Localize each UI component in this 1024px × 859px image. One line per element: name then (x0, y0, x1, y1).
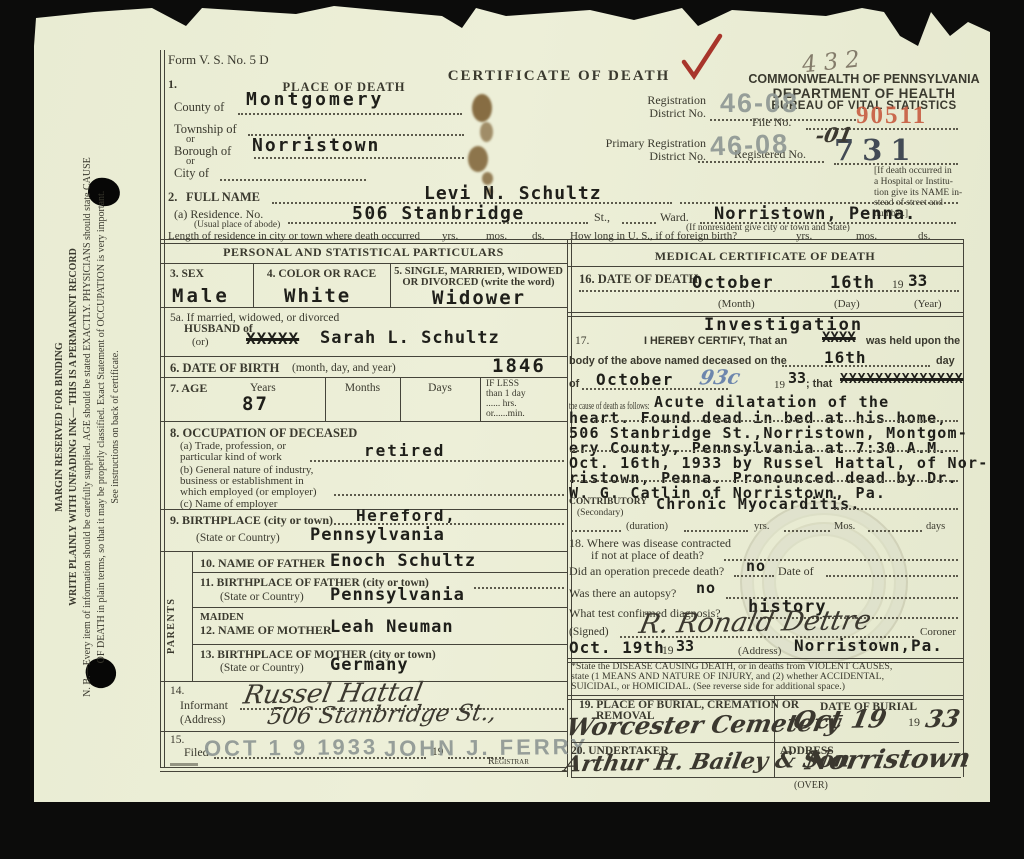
certify-struck2: XXXXXXXXXXXXXX (840, 373, 964, 388)
primary-district-label: District No. (574, 150, 706, 163)
certify-struck1: XXXX (822, 331, 856, 347)
signed-address-value: Norristown,Pa. (794, 637, 943, 655)
informant-label: Informant (180, 699, 228, 712)
leader (734, 575, 774, 577)
autopsy-label: Was there an autopsy? (569, 587, 676, 600)
age-days-label: Days (400, 382, 480, 395)
binding-margin-notes: MARGIN RESERVED FOR BINDING WRITE PLAINL… (53, 47, 165, 807)
signed-date-value: Oct. 19th (569, 639, 665, 657)
date-of-label: Date of (778, 565, 814, 578)
full-name-value: Levi N. Schultz (424, 184, 602, 204)
borough-value: Norristown (252, 136, 380, 156)
margin-note-line: See instructions on back of certificate. (109, 47, 123, 807)
date-of-birth-value: 1846 (492, 356, 546, 377)
father-name-value: Enoch Schultz (330, 552, 476, 571)
occupation-b-label3: which employed (or employer) (180, 486, 317, 498)
death-year-value: 33 (908, 272, 927, 290)
leader (310, 460, 564, 462)
red-checkmark-icon (678, 32, 726, 84)
rule (571, 742, 959, 743)
autopsy-value: no (696, 580, 716, 597)
parents-divider (192, 551, 193, 681)
certify-line3a: of (569, 378, 579, 390)
certificate-paper: MARGIN RESERVED FOR BINDING WRITE PLAINL… (34, 6, 990, 802)
mother-birthplace-value: Germany (330, 656, 409, 675)
occupation-value: retired (364, 442, 445, 460)
contributory-value: Chronic Myocarditis. (656, 496, 861, 513)
rule (192, 607, 567, 608)
rule (571, 777, 961, 778)
left-column-bottom-rule (160, 767, 567, 772)
certify-line1b: was held upon the (866, 335, 960, 347)
signed-year-value: 33 (676, 638, 694, 655)
primary-district-suffix-handwriting: -01 (814, 124, 855, 147)
city-label: City of (174, 166, 209, 180)
form-left-border (160, 50, 165, 768)
hospital-note-line: [If death occurred in (874, 166, 966, 177)
leader (826, 575, 958, 577)
footnote-line: SUICIDAL, or HOMICIDAL. (See reverse sid… (571, 682, 845, 693)
certify-line1a: I HEREBY CERTIFY, That an (644, 335, 787, 347)
over-label: (OVER) (794, 780, 828, 791)
rule (192, 644, 567, 645)
length-residence-label: Length of residence in city or town wher… (168, 230, 420, 242)
leader (579, 290, 959, 292)
ds-label: ds. (918, 230, 931, 242)
date-of-birth-sublabel: (month, day, and year) (292, 362, 396, 375)
color-race-label: 4. COLOR OR RACE (253, 268, 390, 281)
date-of-death-label: 16. DATE OF DEATH (579, 272, 698, 286)
rule (160, 377, 567, 378)
margin-note-line: N. B.—Every item of information should b… (81, 47, 95, 807)
county-value: Montgomery (246, 90, 384, 110)
certify-year-value: 33 (788, 370, 806, 387)
rule (160, 421, 567, 422)
form-number: Form V. S. No. 5 D (168, 53, 269, 68)
informant-address-label: (Address) (180, 714, 225, 727)
county-label: County of (174, 100, 224, 114)
registrar-label: Registrar (488, 756, 529, 767)
spouse-name-value: Sarah L. Schultz (320, 329, 500, 348)
secondary-label: (Secondary) (577, 508, 623, 519)
leader (622, 222, 656, 224)
borough-label: Borough of (174, 144, 231, 158)
item-14: 14. (170, 685, 184, 698)
file-number-stamp: 90511 (856, 102, 927, 130)
certify-month-value: October (596, 371, 674, 389)
leader (834, 163, 958, 165)
yrs-label: yrs. (796, 230, 812, 242)
leader (684, 530, 748, 532)
q18-label2: if not at place of death? (591, 549, 704, 562)
birthplace-state-value: Pennsylvania (310, 526, 445, 545)
leader (594, 420, 958, 422)
rule (160, 263, 567, 264)
hospital-note-line: tion give its NAME in- (874, 188, 966, 199)
residence-number-value: 506 Stanbridge (352, 204, 525, 224)
rule (567, 266, 963, 267)
leader (834, 508, 958, 510)
burial-date-handwriting: Oct 19 (791, 705, 889, 735)
certify-line2b: day (936, 355, 955, 367)
margin-note-line: WRITE PLAINLY WITH UNFADING INK— THIS IS… (67, 47, 81, 807)
informant-address-handwriting: 506 Stanbridge St., (265, 701, 499, 731)
sex-value: Male (172, 286, 230, 307)
leader (868, 530, 922, 532)
item-2: 2. (168, 190, 177, 204)
husband-label2: HUSBAND of (184, 323, 253, 336)
mos-label: mos. (856, 230, 877, 242)
birthplace-label: 9. BIRTHPLACE (city or town) (170, 514, 333, 527)
husband-struck-text: XXXXX (246, 330, 299, 348)
leader (710, 119, 856, 121)
signed-address-label: (Address) (738, 645, 781, 657)
operation-label: Did an operation precede death? (569, 565, 724, 578)
item-17: 17. (575, 335, 589, 348)
duration-yrs-label: yrs. (754, 521, 769, 533)
contributory-label: CONTRIBUTORY (569, 497, 647, 508)
item-15: 15. (170, 734, 184, 747)
leader (570, 450, 958, 452)
leader (784, 530, 830, 532)
how-long-us-label: How long in U. S., if of foreign birth? (570, 230, 737, 242)
leader (238, 113, 462, 115)
leader (698, 161, 824, 163)
filed-date-stamp: OCT 1 9 1933 (204, 735, 378, 761)
personal-title: PERSONAL AND STATISTICAL PARTICULARS (160, 246, 567, 259)
husband-or-label: (or) (192, 336, 209, 348)
date-of-birth-label: 6. DATE OF BIRTH (170, 361, 279, 375)
certify-line2a: body of the above named deceased on the (569, 355, 787, 367)
form-right-border (963, 239, 964, 777)
age-years-value: 87 (242, 394, 269, 415)
parents-group-label: PARENTS (166, 598, 177, 654)
mos-label: mos. (486, 230, 507, 242)
mother-name-value: Leah Neuman (330, 618, 454, 637)
mother-birthplace-state-label: (State or Country) (220, 662, 304, 675)
occupation-label: 8. OCCUPATION OF DECEASED (170, 426, 357, 440)
color-race-value: White (284, 286, 351, 307)
leader (220, 179, 366, 181)
ds-label: ds. (532, 230, 545, 242)
occupation-a-label2: particular kind of work (180, 451, 282, 463)
commonwealth-line: COMMONWEALTH OF PENNSYLVANIA (734, 72, 994, 86)
full-name-label: FULL NAME (186, 190, 260, 204)
leader (474, 587, 564, 589)
age-label: 7. AGE (170, 382, 207, 395)
rule (192, 572, 567, 573)
day-sublabel: (Day) (834, 298, 860, 310)
medical-title: MEDICAL CERTIFICATE OF DEATH (567, 250, 963, 263)
father-name-label: 10. NAME OF FATHER (200, 557, 325, 570)
margin-note-line: MARGIN RESERVED FOR BINDING (53, 47, 67, 807)
maiden-label: MAIDEN (200, 612, 244, 624)
age-months-label: Months (325, 382, 400, 395)
duration-mos-label: Mos. (834, 521, 855, 533)
operation-value: no (746, 558, 766, 575)
father-birthplace-value: Pennsylvania (330, 586, 465, 605)
signed-label: (Signed) (569, 626, 609, 639)
duration-label: (duration) (626, 521, 668, 533)
signed-year-prefix: 19 (662, 645, 674, 658)
printer-code-mark (170, 763, 198, 766)
leader (254, 157, 464, 159)
item-1: 1. (168, 78, 177, 91)
registrar-name-stamp: JOHN J. FERRY (384, 735, 589, 762)
certify-year-prefix: 19 (774, 379, 785, 391)
sex-label: 3. SEX (170, 268, 204, 281)
mother-name-label: 12. NAME OF MOTHER (200, 624, 332, 637)
ward-label: Ward. (660, 211, 689, 224)
leader (570, 480, 958, 482)
scanned-death-certificate: MARGIN RESERVED FOR BINDING WRITE PLAINL… (0, 0, 1024, 859)
rule (160, 731, 567, 732)
if-less-label4: or......min. (486, 409, 525, 420)
hospital-note-line: a Hospital or Institu- (874, 177, 966, 188)
burial-year-prefix: 19 (908, 716, 920, 729)
township-label: Township of (174, 122, 237, 136)
primary-district-no-stamp: 46-08 (709, 129, 789, 162)
pencil-93c-annotation: 93c (698, 366, 743, 389)
margin-note-line: OF DEATH in plain terms, so that it may … (95, 47, 109, 807)
burial-year-handwriting: 33 (923, 706, 962, 733)
father-birthplace-state-label: (State or Country) (220, 591, 304, 604)
duration-days-label: days (926, 521, 945, 533)
yrs-label: yrs. (442, 230, 458, 242)
leader (571, 530, 621, 532)
district-no-stamp: 46-08 (720, 88, 799, 118)
street-label: St., (594, 211, 610, 224)
certify-day-value: 16th (824, 349, 867, 367)
month-sublabel: (Month) (718, 298, 755, 310)
birthplace-state-label: (State or Country) (196, 532, 280, 545)
undertaker-address-handwriting: Norristown (803, 745, 973, 777)
year-sublabel: (Year) (914, 298, 942, 310)
certify-line3b: ; that (806, 378, 832, 390)
rule (160, 307, 567, 308)
leader (334, 494, 564, 496)
registration-district-label: District No. (594, 107, 706, 120)
cell-divider (480, 377, 481, 421)
